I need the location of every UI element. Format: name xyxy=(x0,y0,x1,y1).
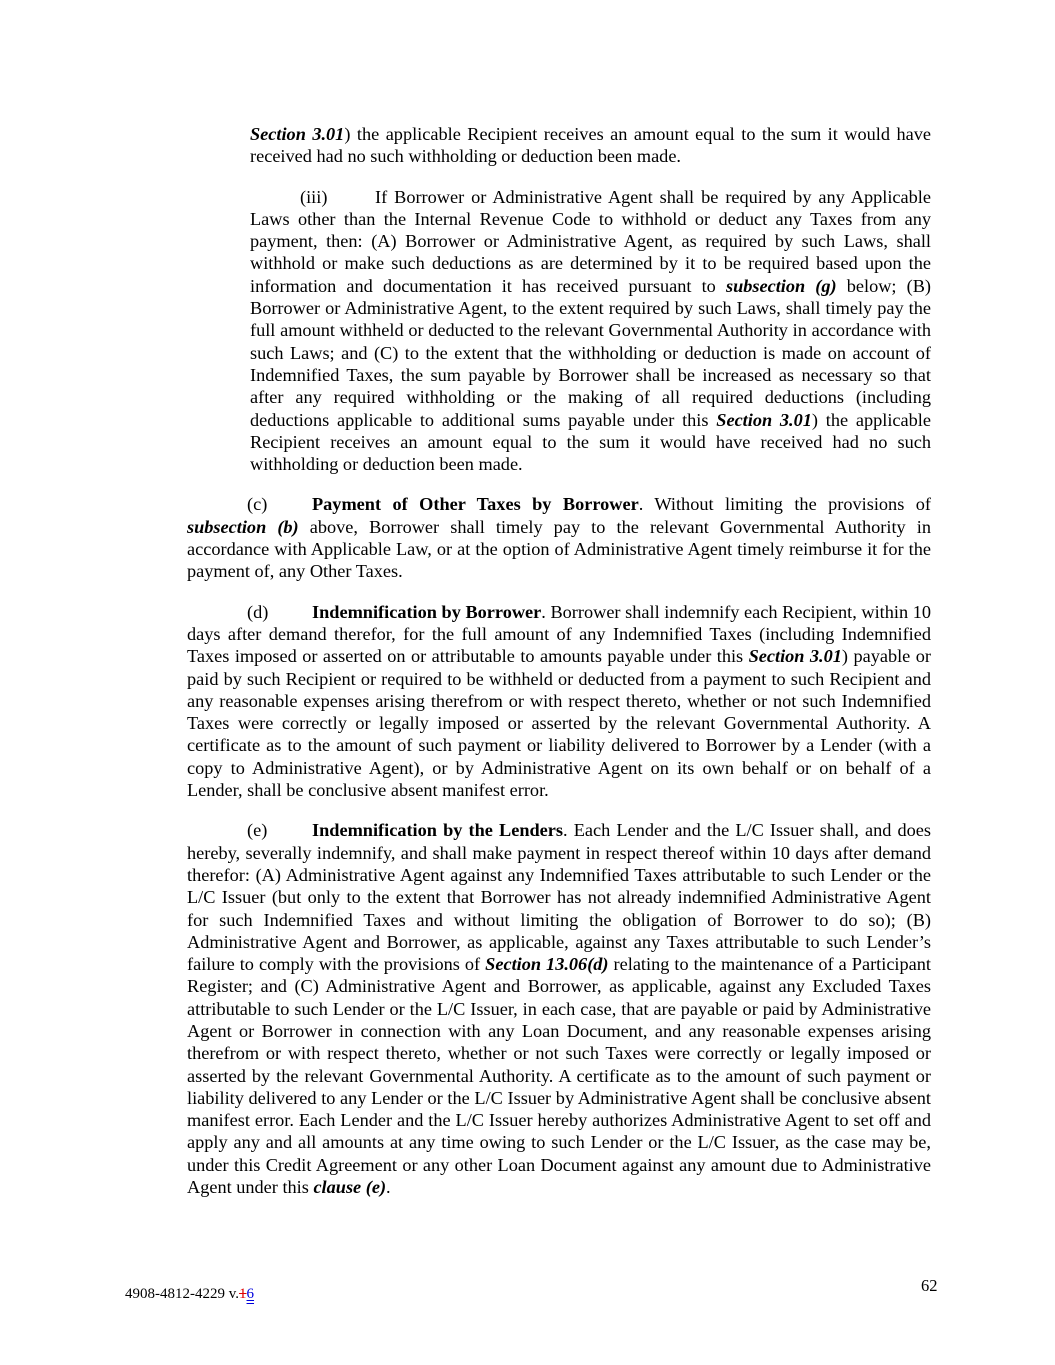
heading-run: Indemnification by Borrower xyxy=(312,602,541,622)
paragraph-label: (iii) xyxy=(300,186,375,208)
paragraph-label: (d) xyxy=(247,601,312,623)
heading-run: Indemnification by the Lenders xyxy=(312,820,563,840)
text-run: . xyxy=(386,1177,391,1197)
emphasis-run: subsection (g) xyxy=(726,276,837,296)
paragraph-label: (c) xyxy=(247,493,312,515)
text-run: . Each Lender and the L/C Issuer shall, … xyxy=(187,820,931,974)
text-run: ) the applicable Recipient receives an a… xyxy=(250,124,931,166)
page-number: 62 xyxy=(921,1276,938,1296)
emphasis-run: Section 13.06(d) xyxy=(485,954,608,974)
emphasis-run: Section 3.01 xyxy=(749,646,842,666)
text-run: relating to the maintenance of a Partici… xyxy=(187,954,931,1197)
emphasis-run: Section 3.01 xyxy=(250,124,344,144)
document-id-footer: 4908-4812-4229 v.16 xyxy=(125,1285,254,1303)
text-run: . Without limiting the provisions of xyxy=(639,494,931,514)
text-run: below; (B) Borrower or Administrative Ag… xyxy=(250,276,931,430)
document-body-text: Section 3.01) the applicable Recipient r… xyxy=(187,123,931,1216)
paragraph-item-e: (e)Indemnification by the Lenders. Each … xyxy=(187,819,931,1198)
document-page: { "document": { "paragraphs": [ { "id": … xyxy=(0,0,1055,1365)
emphasis-run: clause (e) xyxy=(313,1177,386,1197)
text-run: ) payable or paid by such Recipient or r… xyxy=(187,646,931,800)
paragraph-label: (e) xyxy=(247,819,312,841)
text-run: above, Borrower shall timely pay to the … xyxy=(187,517,931,582)
document-sheet: Section 3.01) the applicable Recipient r… xyxy=(0,0,1055,1365)
emphasis-run: Section 3.01 xyxy=(716,410,812,430)
emphasis-run: subsection (b) xyxy=(187,517,299,537)
doc-id-text: 4908-4812-4229 v. xyxy=(125,1286,239,1302)
paragraph-sub-ii-continuation: Section 3.01) the applicable Recipient r… xyxy=(250,123,931,168)
deleted-version-number: 1 xyxy=(239,1286,247,1302)
paragraph-item-c: (c)Payment of Other Taxes by Borrower. W… xyxy=(187,493,931,582)
paragraph-sub-iii: (iii)If Borrower or Administrative Agent… xyxy=(250,186,931,476)
paragraph-item-d: (d)Indemnification by Borrower. Borrower… xyxy=(187,601,931,802)
inserted-version-number: 6 xyxy=(247,1286,255,1302)
heading-run: Payment of Other Taxes by Borrower xyxy=(312,494,639,514)
